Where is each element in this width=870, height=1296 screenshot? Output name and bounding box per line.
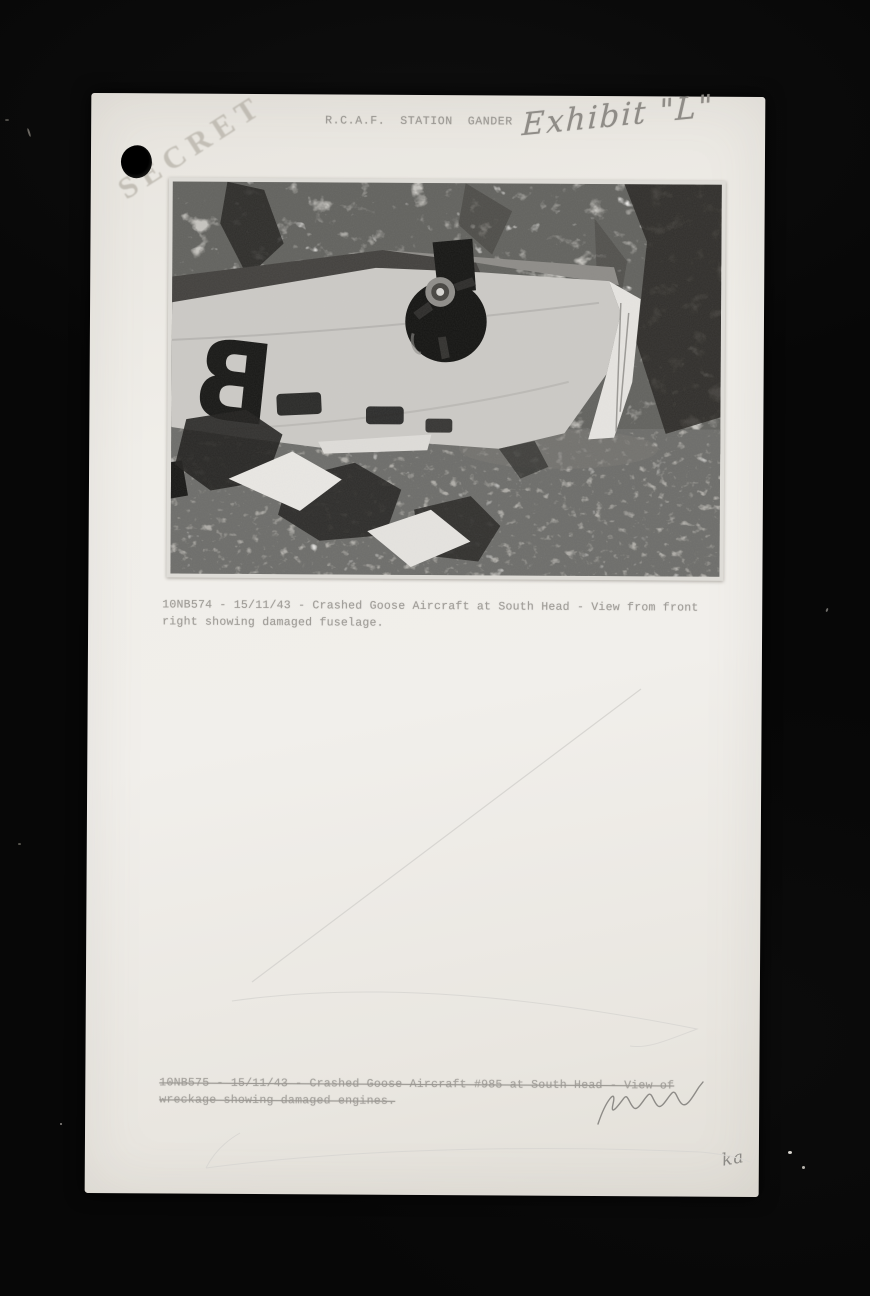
caption-line-struck: 10NB575 - 15/11/43 - Crashed Goose Aircr… <box>159 1076 674 1092</box>
caption-line: right showing damaged fuselage. <box>162 615 384 629</box>
dust-speck <box>802 1166 805 1169</box>
dust-speck <box>60 1123 62 1125</box>
dust-speck <box>825 608 828 612</box>
photo-caption-bottom-struck: 10NB575 - 15/11/43 - Crashed Goose Aircr… <box>159 1074 674 1111</box>
caption-line: 10NB574 - 15/11/43 - Crashed Goose Aircr… <box>162 598 698 614</box>
corner-initials: ka <box>720 1147 745 1170</box>
document-page: SECRET R.C.A.F. STATION GANDER Exhibit "… <box>85 93 766 1197</box>
hole-punch <box>121 145 152 178</box>
exhibit-annotation: Exhibit "L" <box>521 81 781 143</box>
dust-speck <box>27 128 32 137</box>
caption-line-struck: wreckage showing damaged engines. <box>159 1093 395 1107</box>
dust-speck <box>5 119 9 121</box>
station-header: R.C.A.F. STATION GANDER <box>325 114 513 128</box>
crash-photo-image: B <box>170 181 721 576</box>
dust-speck <box>18 843 21 845</box>
dust-speck <box>788 1151 792 1154</box>
scanner-background: SECRET R.C.A.F. STATION GANDER Exhibit "… <box>0 0 870 1296</box>
crash-photo: B <box>166 177 725 580</box>
photo-caption-top: 10NB574 - 15/11/43 - Crashed Goose Aircr… <box>162 596 699 633</box>
